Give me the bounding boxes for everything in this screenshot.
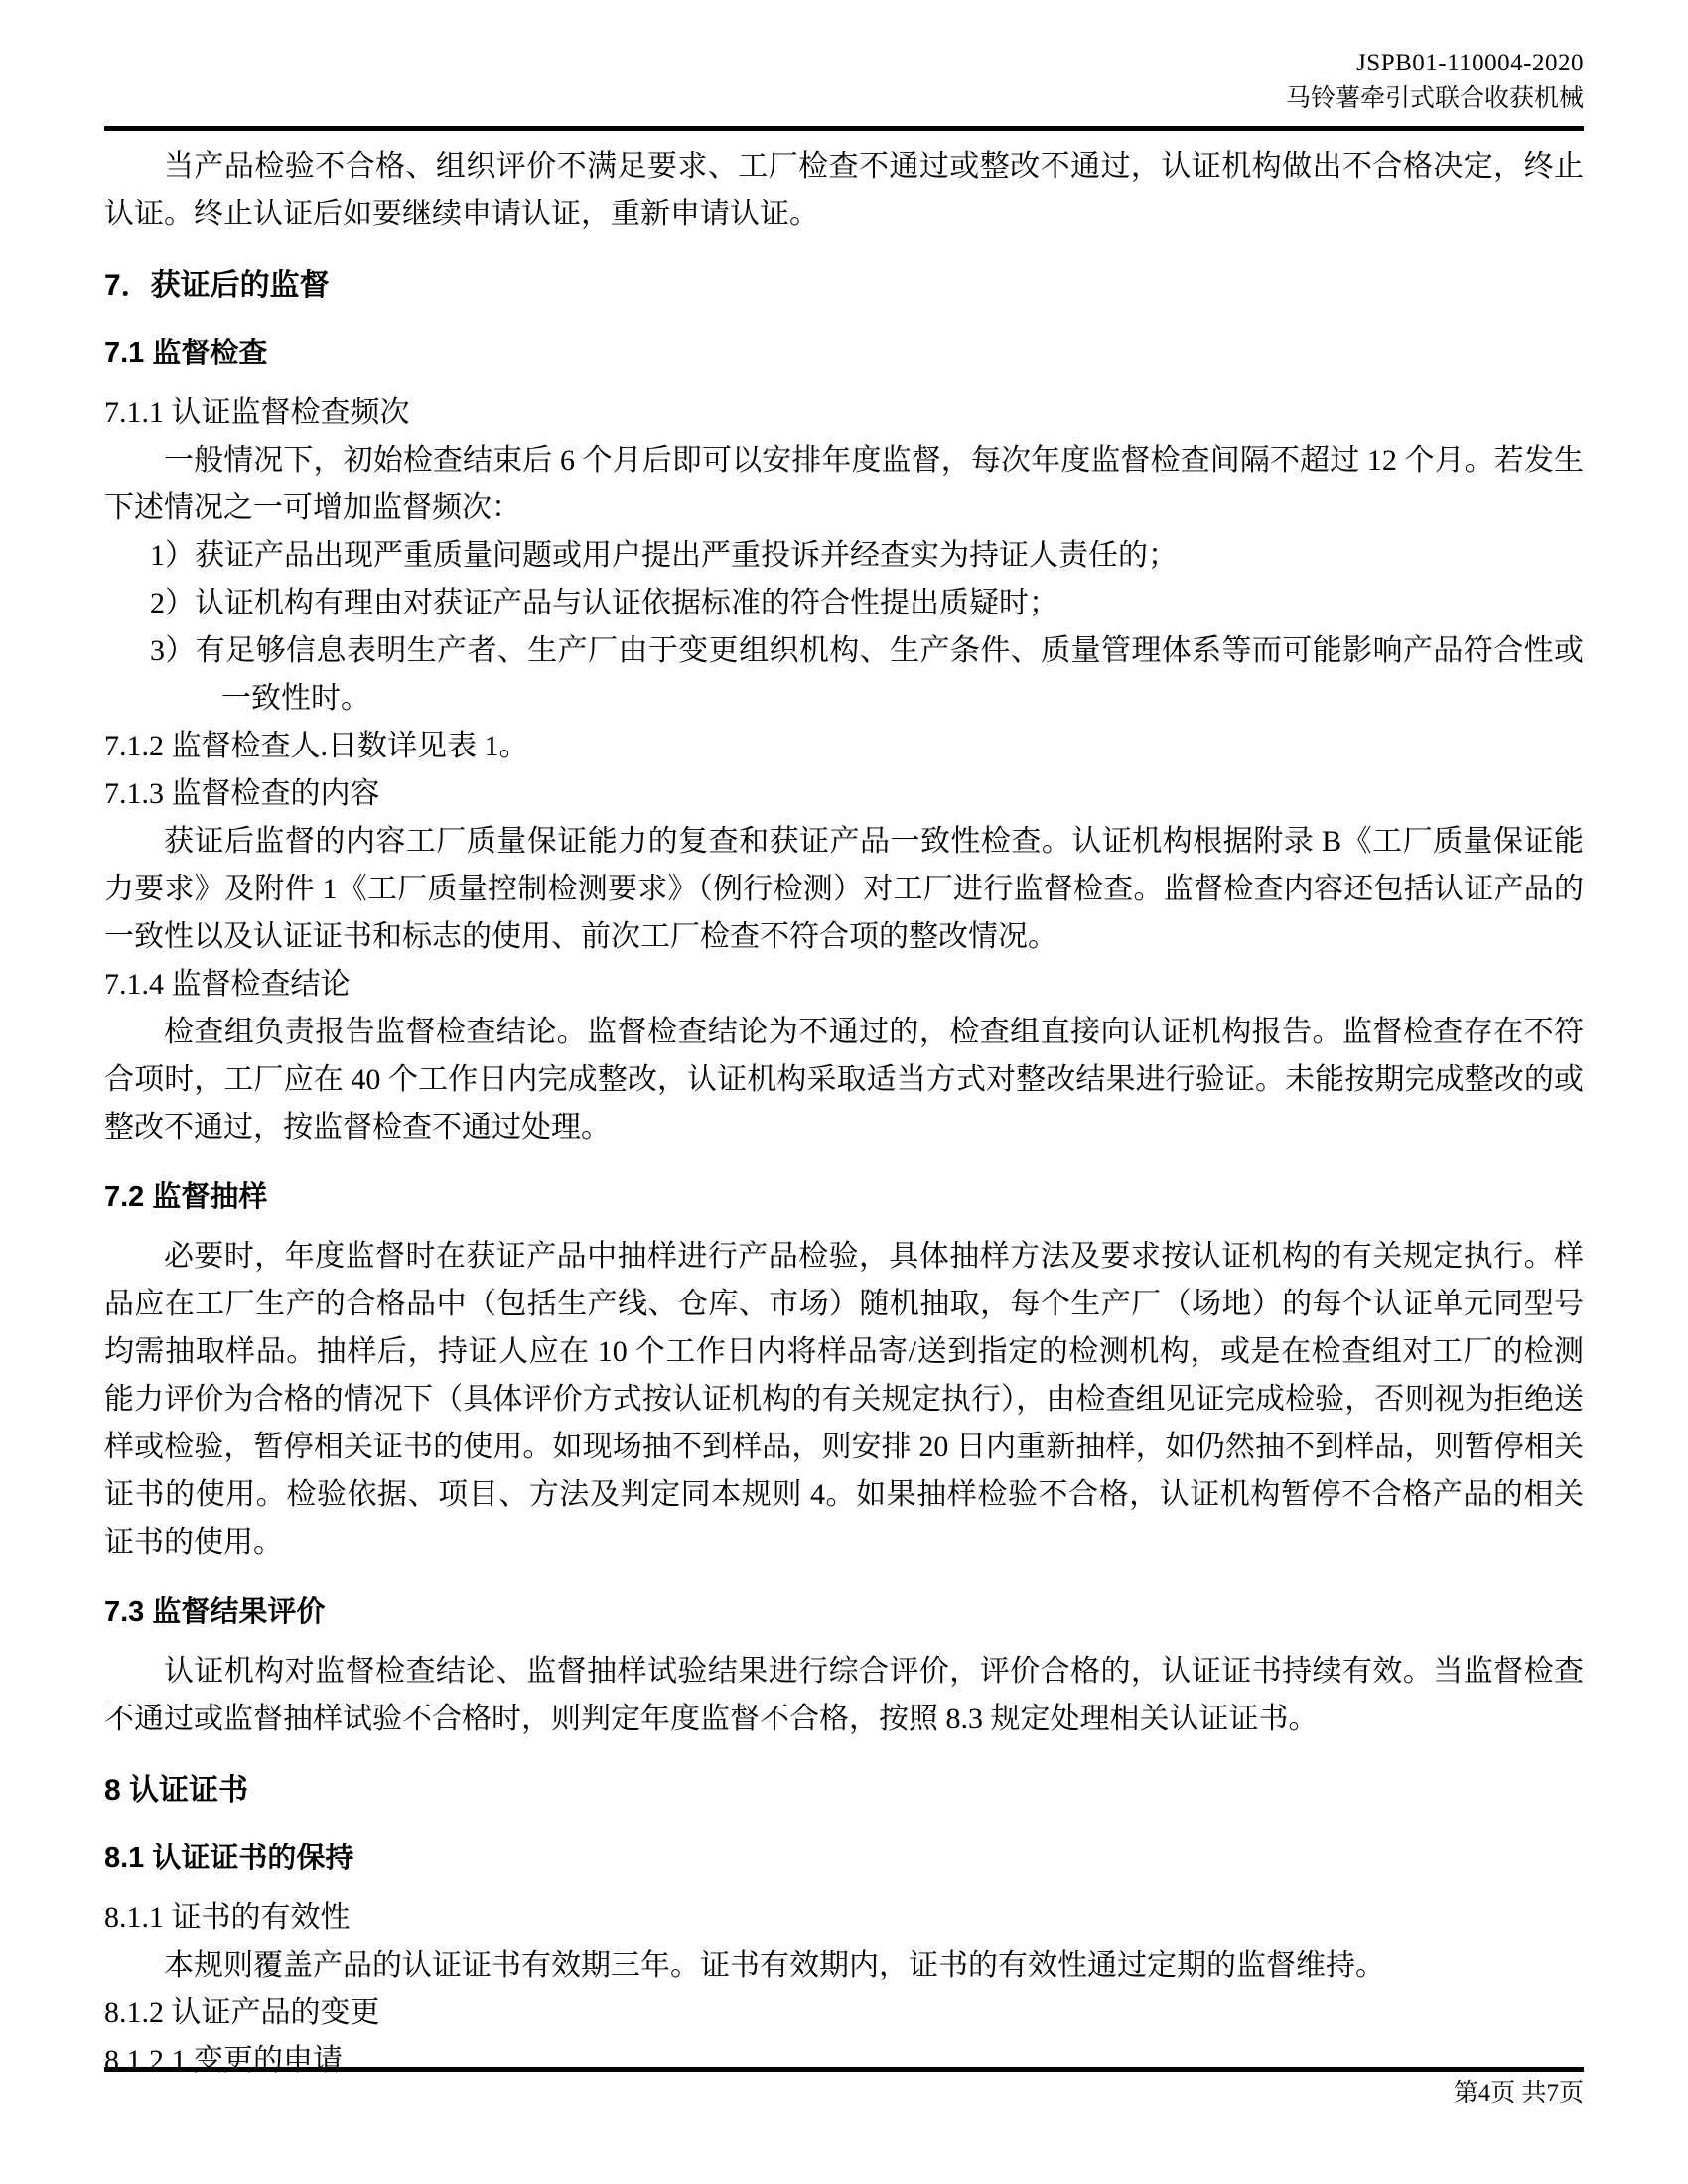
heading-7-post-cert-supervision: 7．获证后的监督: [104, 264, 1584, 308]
document-footer: 第4页 共7页: [104, 2067, 1584, 2114]
document-page: JSPB01-110004-2020 马铃薯牵引式联合收获机械 当产品检验不合格…: [0, 0, 1688, 2184]
document-body: 当产品检验不合格、组织评价不满足要求、工厂检查不通过或整改不通过，认证机构做出不…: [104, 143, 1584, 2085]
subheading-8-1-1-validity: 8.1.1 证书的有效性: [104, 1894, 1584, 1942]
doc-number: JSPB01-110004-2020: [104, 46, 1584, 81]
subheading-7-1-3-content: 7.1.3 监督检查的内容: [104, 770, 1584, 818]
doc-title: 马铃薯牵引式联合收获机械: [104, 81, 1584, 117]
heading-7-3-result-evaluation: 7.3 监督结果评价: [104, 1590, 1584, 1634]
subheading-8-1-2-product-change: 8.1.2 认证产品的变更: [104, 1989, 1584, 2037]
paragraph-certificate-validity: 本规则覆盖产品的认证证书有效期三年。证书有效期内，证书的有效性通过定期的监督维持…: [104, 1942, 1584, 1989]
subheading-7-1-4-conclusion: 7.1.4 监督检查结论: [104, 961, 1584, 1009]
document-header: JSPB01-110004-2020 马铃薯牵引式联合收获机械: [104, 46, 1584, 117]
list-item-1: 1）获证产品出现严重质量问题或用户提出严重投诉并经查实为持证人责任的；: [104, 532, 1584, 580]
subheading-7-1-1-frequency: 7.1.1 认证监督检查频次: [104, 389, 1584, 437]
heading-8-1-certificate-maintenance: 8.1 认证证书的保持: [104, 1837, 1584, 1880]
header-rule: [104, 126, 1584, 131]
heading-8-certificate: 8 认证证书: [104, 1769, 1584, 1813]
paragraph-inspection-conclusion: 检查组负责报告监督检查结论。监督检查结论为不通过的，检查组直接向认证机构报告。监…: [104, 1009, 1584, 1152]
paragraph-result-evaluation: 认证机构对监督检查结论、监督抽样试验结果进行综合评价，评价合格的，认证证书持续有…: [104, 1648, 1584, 1743]
paragraph-frequency-intro: 一般情况下，初始检查结束后 6 个月后即可以安排年度监督，每次年度监督检查间隔不…: [104, 437, 1584, 532]
paragraph-inspection-content: 获证后监督的内容工厂质量保证能力的复查和获证产品一致性检查。认证机构根据附录 B…: [104, 818, 1584, 961]
paragraph-sampling: 必要时，年度监督时在获证产品中抽样进行产品检验，具体抽样方法及要求按认证机构的有…: [104, 1233, 1584, 1567]
subheading-7-1-2-person-days: 7.1.2 监督检查人.日数详见表 1。: [104, 723, 1584, 770]
paragraph-termination: 当产品检验不合格、组织评价不满足要求、工厂检查不通过或整改不通过，认证机构做出不…: [104, 143, 1584, 238]
list-item-2: 2）认证机构有理由对获证产品与认证依据标准的符合性提出质疑时；: [104, 580, 1584, 627]
footer-rule: [104, 2067, 1584, 2072]
list-item-3: 3）有足够信息表明生产者、生产厂由于变更组织机构、生产条件、质量管理体系等而可能…: [104, 627, 1584, 723]
heading-7-2-supervision-sampling: 7.2 监督抽样: [104, 1175, 1584, 1219]
page-number: 第4页 共7页: [104, 2074, 1584, 2114]
heading-7-1-supervision-inspection: 7.1 监督检查: [104, 332, 1584, 375]
